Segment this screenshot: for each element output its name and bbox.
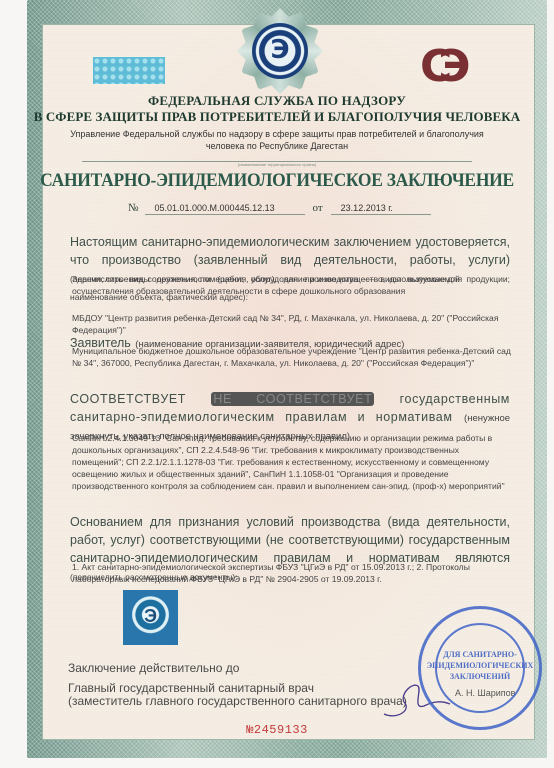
agency-name-line1: ФЕДЕРАЛЬНАЯ СЛУЖБА ПО НАДЗОРУ [0,93,554,109]
official-stamp-icon: ДЛЯ САНИТАРНО-ЭПИДЕМИОЛОГИЧЕСКИХ ЗАКЛЮЧЕ… [418,606,542,730]
chief-doctor-title: Главный государственный санитарный врач [68,681,314,695]
territorial-department: Управление Федеральной службы по надзору… [60,128,494,152]
reviewed-documents: 1. Акт санитарно-эпидемиологической эксп… [72,561,512,585]
hologram-glyph: Э [123,606,178,627]
deputy-chief-doctor-title: (заместитель главного государственного с… [68,694,407,708]
hologram-strip [93,57,165,84]
sanitary-rules-list: СанПиН 2.4.1.3049-13 "Сан-эпид. требован… [72,432,512,492]
applicant-details: Муниципальное бюджетное дошкольное образ… [72,345,512,369]
department-caption: (наименование территориального органа) [0,162,554,167]
document-number-row: № 05.01.01.000.М.000445.12.13 от 23.12.2… [128,202,431,215]
intro-text: Настоящим санитарно-эпидемиологическим з… [70,235,510,267]
form-serial-number: №2459133 [0,723,554,737]
struck-nonconformity: НЕ СООТВЕТСТВУЕТ [211,392,374,406]
stamp-center-text: ДЛЯ САНИТАРНО-ЭПИДЕМИОЛОГИЧЕСКИХ ЗАКЛЮЧЕ… [421,649,539,682]
number-label: № [128,202,139,214]
date-label: от [313,202,323,214]
activity-description: Здания, строения, сооружения, помещения,… [72,273,512,297]
emblem-glyph: Э [237,35,323,65]
object-address: МБДОУ "Центр развития ребенка-Детский са… [72,312,512,336]
document-number: 05.01.01.000.М.000445.12.13 [145,203,305,215]
hologram-seal-icon: Э [123,590,178,645]
conformity-word: СООТВЕТСТВУЕТ [70,392,186,406]
document-date: 23.12.2013 г. [331,203,431,215]
document-title: САНИТАРНО-ЭПИДЕМИОЛОГИЧЕСКОЕ ЗАКЛЮЧЕНИЕ [22,170,532,192]
basis-text: Основанием для признания условий произво… [70,515,510,565]
agency-name-line2: В СФЕРЕ ЗАЩИТЫ ПРАВ ПОТРЕБИТЕЛЕЙ И БЛАГО… [0,109,554,125]
rospotrebnadzor-emblem-icon: Э [237,8,323,94]
se-logo-icon: СЭ [420,45,457,89]
valid-until-label: Заключение действительно до [68,661,239,675]
